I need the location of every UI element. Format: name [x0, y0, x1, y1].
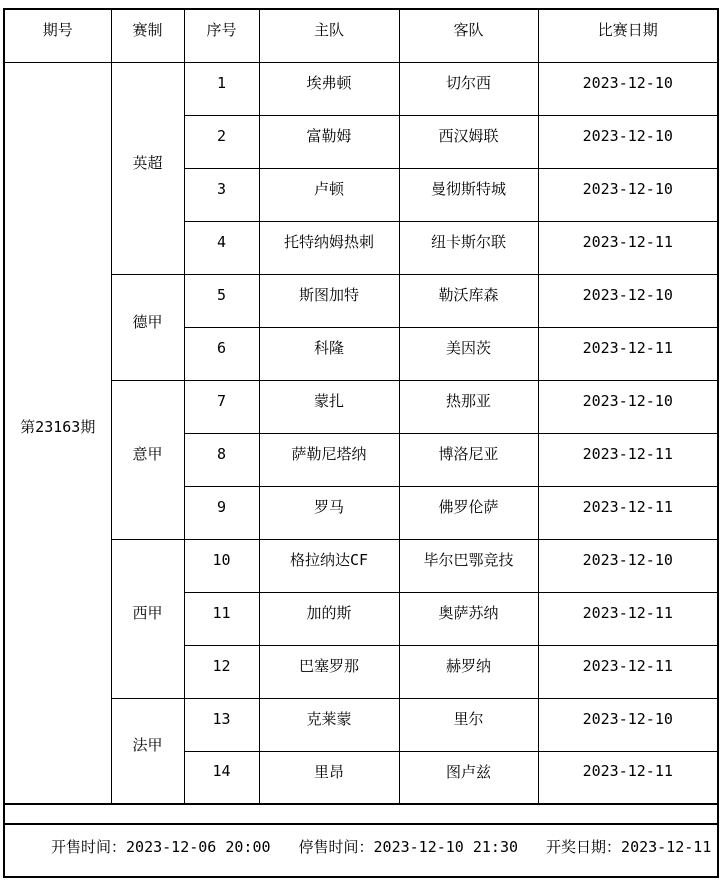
period-cell: 第23163期	[4, 62, 111, 804]
away-team-cell: 西汉姆联	[399, 115, 538, 168]
match-date-cell: 2023-12-10	[538, 115, 718, 168]
home-team-cell: 埃弗顿	[259, 62, 399, 115]
match-no-cell: 1	[184, 62, 259, 115]
match-date-cell: 2023-12-11	[538, 751, 718, 804]
match-no-cell: 8	[184, 433, 259, 486]
column-header: 比赛日期	[538, 9, 718, 62]
home-team-cell: 托特纳姆热刺	[259, 221, 399, 274]
lottery-schedule-sheet: 期号赛制序号主队客队比赛日期 第23163期英超1埃弗顿切尔西2023-12-1…	[3, 8, 719, 878]
home-team-cell: 克莱蒙	[259, 698, 399, 751]
away-team-cell: 博洛尼亚	[399, 433, 538, 486]
away-team-cell: 图卢兹	[399, 751, 538, 804]
match-row: 第23163期英超1埃弗顿切尔西2023-12-10	[4, 62, 718, 115]
column-header: 序号	[184, 9, 259, 62]
home-team-cell: 蒙扎	[259, 380, 399, 433]
home-team-cell: 里昂	[259, 751, 399, 804]
column-header: 期号	[4, 9, 111, 62]
league-cell: 意甲	[111, 380, 184, 539]
home-team-cell: 巴塞罗那	[259, 645, 399, 698]
away-team-cell: 奥萨苏纳	[399, 592, 538, 645]
match-date-cell: 2023-12-11	[538, 433, 718, 486]
home-team-cell: 卢顿	[259, 168, 399, 221]
match-date-cell: 2023-12-11	[538, 486, 718, 539]
match-no-cell: 3	[184, 168, 259, 221]
league-cell: 德甲	[111, 274, 184, 380]
league-cell: 英超	[111, 62, 184, 274]
sale-stop-time: 停售时间：2023-12-10 21:30	[299, 836, 519, 857]
match-date-cell: 2023-12-11	[538, 221, 718, 274]
match-row: 西甲10格拉纳达CF毕尔巴鄂竞技2023-12-10	[4, 539, 718, 592]
match-date-cell: 2023-12-11	[538, 645, 718, 698]
match-no-cell: 12	[184, 645, 259, 698]
home-team-cell: 萨勒尼塔纳	[259, 433, 399, 486]
column-header: 主队	[259, 9, 399, 62]
home-team-cell: 富勒姆	[259, 115, 399, 168]
away-team-cell: 曼彻斯特城	[399, 168, 538, 221]
away-team-cell: 里尔	[399, 698, 538, 751]
home-team-cell: 科隆	[259, 327, 399, 380]
match-schedule-table: 期号赛制序号主队客队比赛日期 第23163期英超1埃弗顿切尔西2023-12-1…	[3, 8, 719, 878]
match-no-cell: 4	[184, 221, 259, 274]
away-team-cell: 勒沃库森	[399, 274, 538, 327]
away-team-cell: 热那亚	[399, 380, 538, 433]
home-team-cell: 格拉纳达CF	[259, 539, 399, 592]
match-no-cell: 7	[184, 380, 259, 433]
column-header: 赛制	[111, 9, 184, 62]
away-team-cell: 赫罗纳	[399, 645, 538, 698]
away-team-cell: 切尔西	[399, 62, 538, 115]
match-date-cell: 2023-12-11	[538, 592, 718, 645]
draw-date: 开奖日期：2023-12-11	[546, 836, 711, 857]
match-no-cell: 9	[184, 486, 259, 539]
match-date-cell: 2023-12-10	[538, 62, 718, 115]
match-date-cell: 2023-12-10	[538, 168, 718, 221]
match-no-cell: 2	[184, 115, 259, 168]
footer-cell: 开售时间：2023-12-06 20:00 停售时间：2023-12-10 21…	[4, 824, 718, 877]
sale-stop-value: 2023-12-10 21:30	[374, 838, 519, 856]
match-row: 法甲13克莱蒙里尔2023-12-10	[4, 698, 718, 751]
sale-start-time: 开售时间：2023-12-06 20:00	[51, 836, 271, 857]
sale-start-value: 2023-12-06 20:00	[126, 838, 271, 856]
match-no-cell: 5	[184, 274, 259, 327]
match-date-cell: 2023-12-10	[538, 539, 718, 592]
match-no-cell: 6	[184, 327, 259, 380]
spacer-cell	[4, 804, 718, 824]
home-team-cell: 斯图加特	[259, 274, 399, 327]
away-team-cell: 毕尔巴鄂竞技	[399, 539, 538, 592]
sale-start-label: 开售时间：	[51, 838, 126, 856]
footer-row: 开售时间：2023-12-06 20:00 停售时间：2023-12-10 21…	[4, 824, 718, 877]
home-team-cell: 加的斯	[259, 592, 399, 645]
match-no-cell: 10	[184, 539, 259, 592]
draw-date-label: 开奖日期：	[546, 838, 621, 856]
home-team-cell: 罗马	[259, 486, 399, 539]
match-date-cell: 2023-12-10	[538, 380, 718, 433]
match-date-cell: 2023-12-11	[538, 327, 718, 380]
match-date-cell: 2023-12-10	[538, 698, 718, 751]
match-row: 德甲5斯图加特勒沃库森2023-12-10	[4, 274, 718, 327]
league-cell: 西甲	[111, 539, 184, 698]
match-date-cell: 2023-12-10	[538, 274, 718, 327]
away-team-cell: 佛罗伦萨	[399, 486, 538, 539]
away-team-cell: 美因茨	[399, 327, 538, 380]
match-row: 意甲7蒙扎热那亚2023-12-10	[4, 380, 718, 433]
league-cell: 法甲	[111, 698, 184, 804]
header-row: 期号赛制序号主队客队比赛日期	[4, 9, 718, 62]
match-no-cell: 11	[184, 592, 259, 645]
draw-date-value: 2023-12-11	[621, 838, 711, 856]
match-no-cell: 13	[184, 698, 259, 751]
sale-stop-label: 停售时间：	[299, 838, 374, 856]
footer-times: 开售时间：2023-12-06 20:00 停售时间：2023-12-10 21…	[51, 836, 717, 857]
spacer-row	[4, 804, 718, 824]
away-team-cell: 纽卡斯尔联	[399, 221, 538, 274]
column-header: 客队	[399, 9, 538, 62]
match-no-cell: 14	[184, 751, 259, 804]
schedule-body: 第23163期英超1埃弗顿切尔西2023-12-102富勒姆西汉姆联2023-1…	[4, 62, 718, 804]
